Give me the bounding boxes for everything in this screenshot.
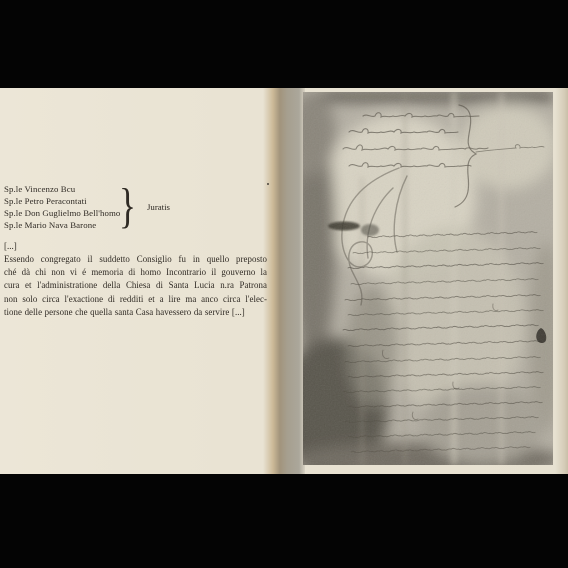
- book-spread: Sp.le Vincenzo Bcu Sp.le Petro Peraconta…: [0, 88, 568, 474]
- jurats-name-list: Sp.le Vincenzo Bcu Sp.le Petro Peraconta…: [4, 183, 120, 231]
- photo-grain: [303, 92, 553, 465]
- paragraph-line: tione delle persone che quella santa Cas…: [4, 306, 267, 319]
- paragraph-line: ché dà chi non vi é memoria di homo Inco…: [4, 266, 267, 279]
- jurat-name: Sp.le Mario Nava Barone: [4, 219, 120, 231]
- letterbox-top: [0, 0, 568, 88]
- jurat-name: Sp.le Petro Peracontati: [4, 195, 120, 207]
- juratis-label: Juratis: [147, 201, 170, 213]
- page-right-edge: [555, 88, 568, 474]
- book-gutter-shadow: [263, 88, 305, 474]
- letterbox-bottom: [0, 474, 568, 568]
- transcription-paragraph: Essendo congregato il suddetto Consiglio…: [4, 253, 267, 319]
- paper-speck: [267, 183, 269, 185]
- omission-marker: [...]: [4, 240, 17, 252]
- paragraph-line: cura et l'administratione della Chiesa d…: [4, 279, 267, 292]
- manuscript-photo: [303, 92, 553, 465]
- jurat-name: Sp.le Don Guglielmo Bell'homo: [4, 207, 120, 219]
- paragraph-line: non solo circa l'exactione di redditi et…: [4, 293, 267, 306]
- scanned-book-photo: Sp.le Vincenzo Bcu Sp.le Petro Peraconta…: [0, 0, 568, 568]
- paragraph-line: Essendo congregato il suddetto Consiglio…: [4, 253, 267, 266]
- brace-glyph: }: [119, 180, 136, 232]
- jurat-name: Sp.le Vincenzo Bcu: [4, 183, 120, 195]
